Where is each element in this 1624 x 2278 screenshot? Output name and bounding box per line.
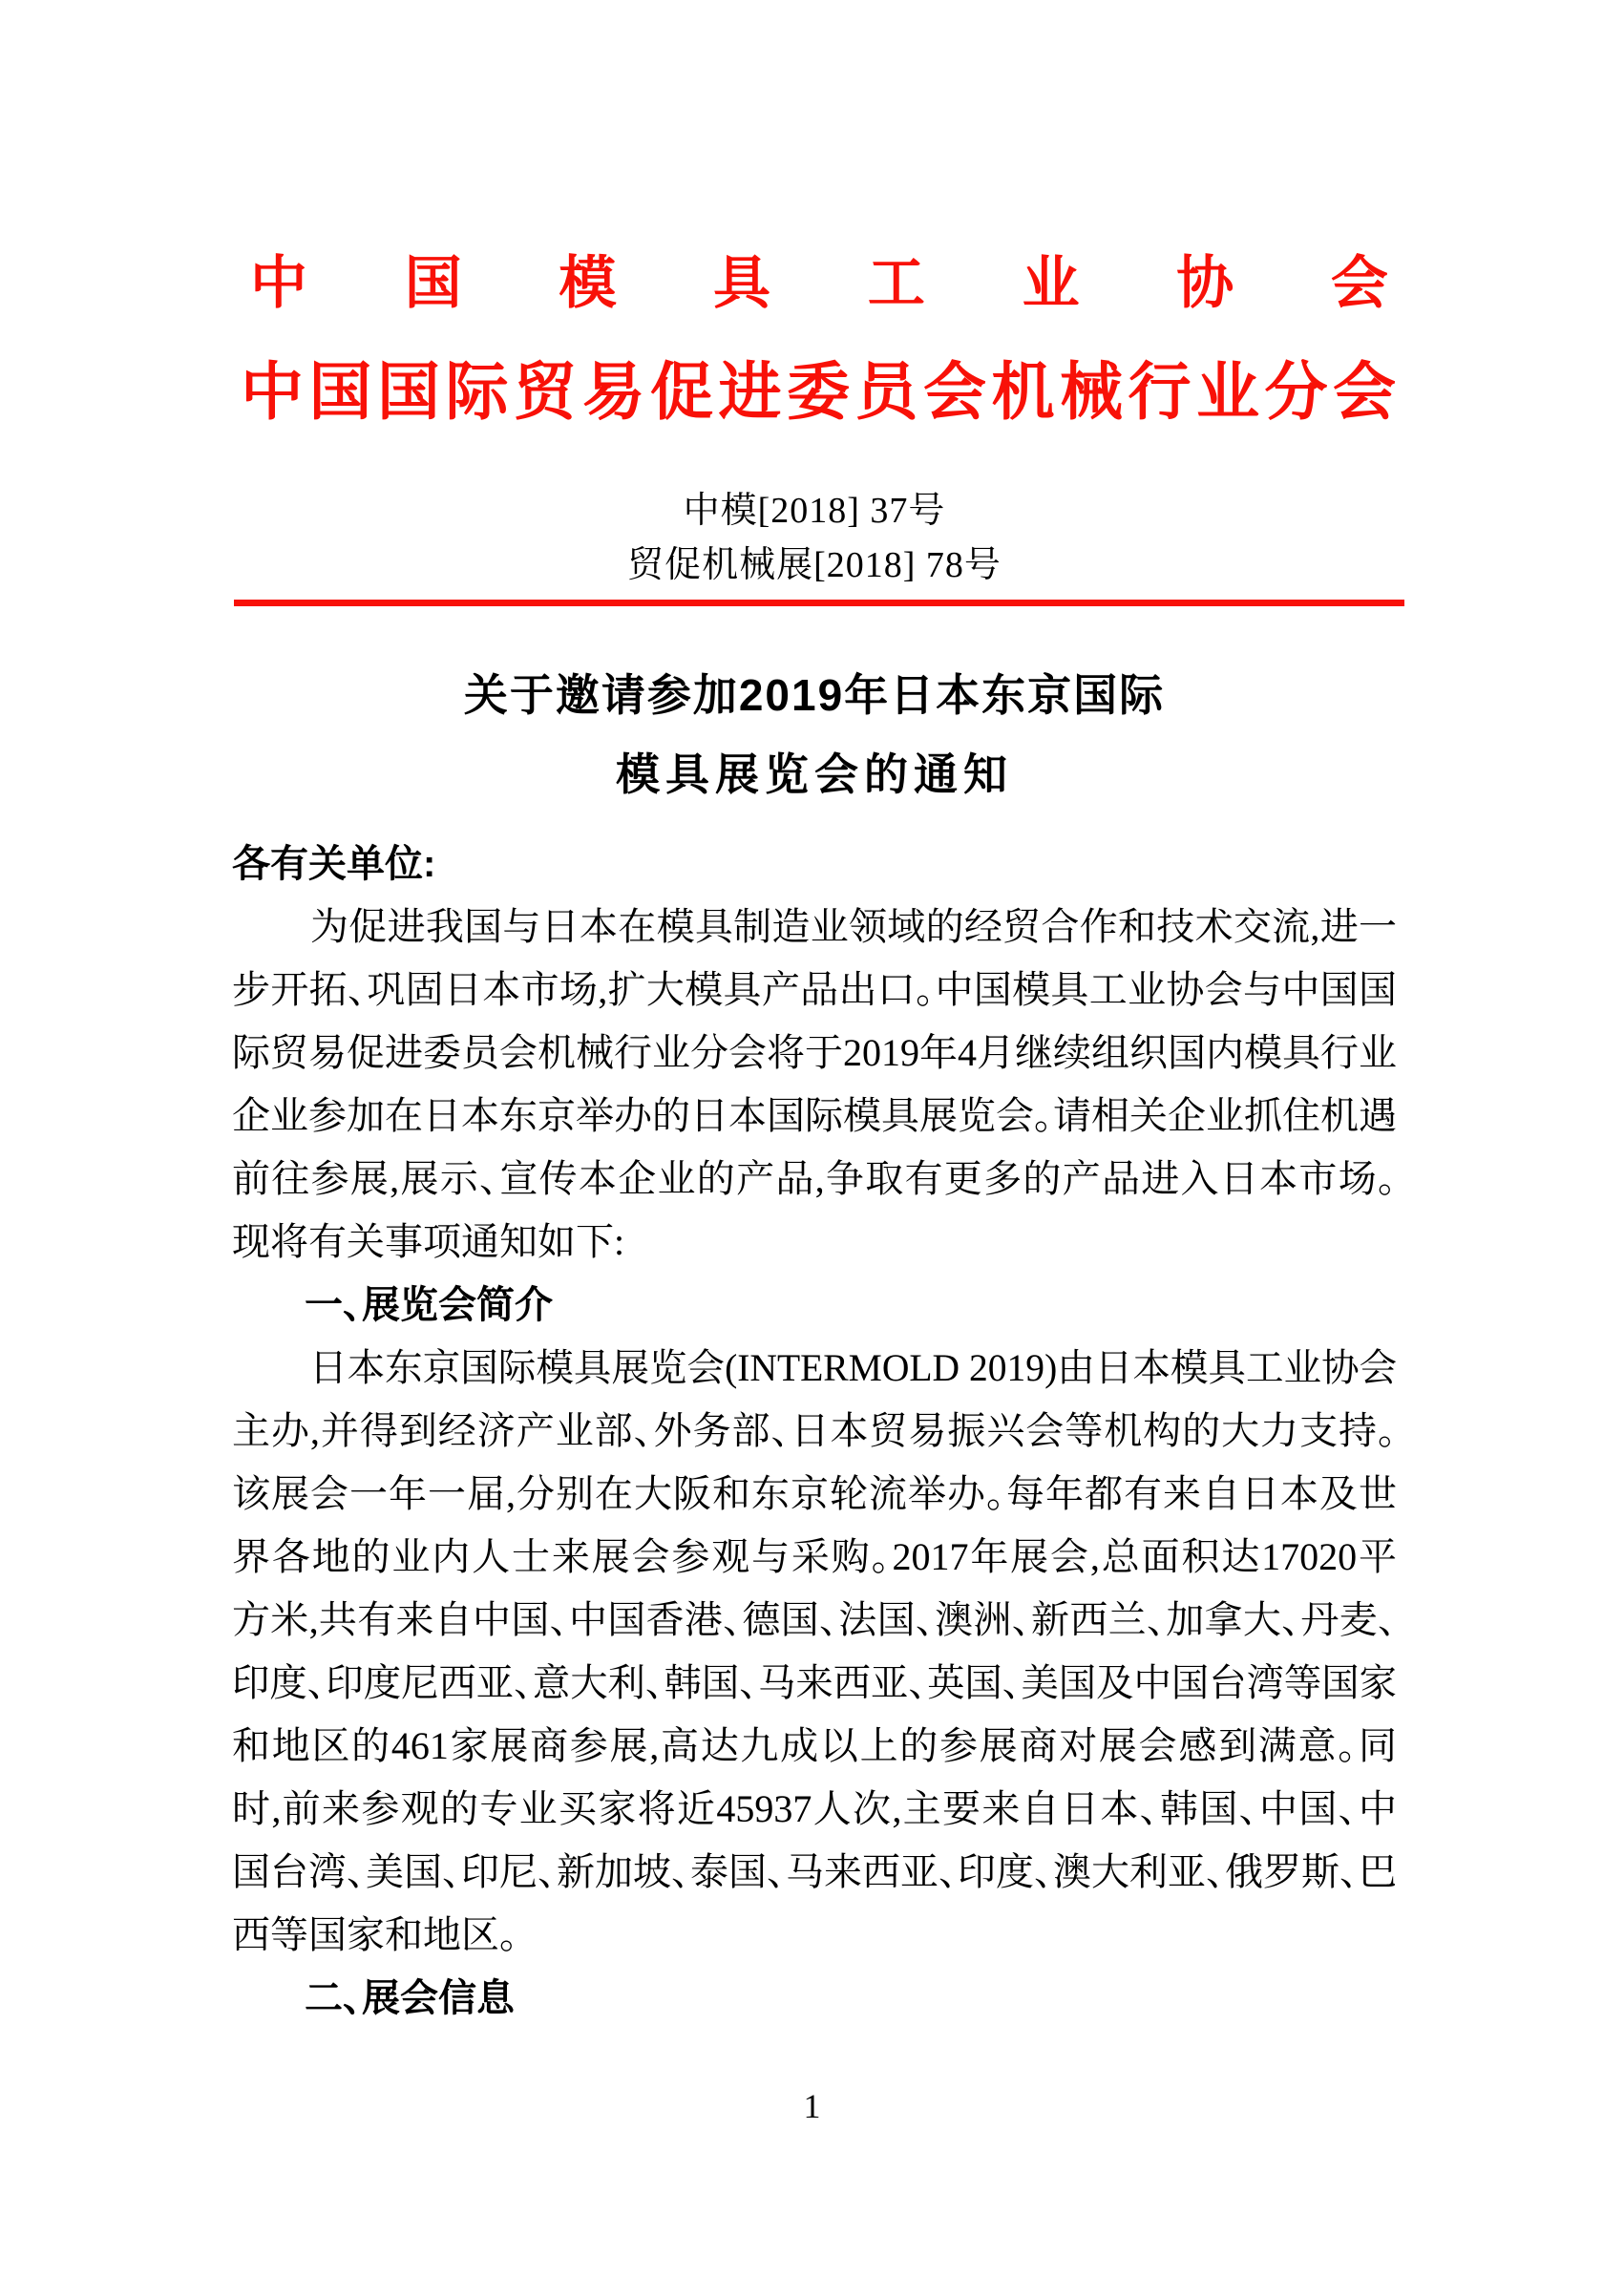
body-text-line: 方米,共有来自中国、中国香港、德国、法国、澳洲、新西兰、加拿大、丹麦、 [232,1589,1397,1652]
body-text-line: 和地区的461家展商参展,高达九成以上的参展商对展会感到满意。同 [232,1715,1397,1778]
body-text-line: 步开拓、巩固日本市场,扩大模具产品出口。中国模具工业协会与中国国 [232,959,1397,1022]
body-text-line: 为促进我国与日本在模具制造业领域的经贸合作和技术交流,进一 [232,896,1397,959]
letterhead-character: 贸 [514,359,577,428]
section-heading: 一、展览会简介 [232,1274,1397,1337]
letterhead-character: 分 [1265,359,1328,428]
letterhead-character: 进 [719,359,782,428]
letterhead-association-name: 中国模具工业协会 [250,254,1388,313]
scanned-notice-page: 中国模具工业协会 中国国际贸易促进委员会机械行业分会 中模[2018] 37号 … [0,0,1624,2278]
page-number: 1 [0,2087,1624,2125]
letterhead-character: 机 [992,359,1055,428]
letterhead-character: 中 [250,254,307,313]
salutation-label: 各有关单位: [232,833,1397,896]
letterhead-character: 具 [713,254,770,313]
body-text-line: 现将有关事项通知如下: [232,1211,1397,1274]
body-text-line: 西等国家和地区。 [232,1904,1397,1967]
letterhead-character: 模 [559,254,616,313]
notice-title-line2: 模具展览会的通知 [232,748,1397,801]
notice-title-line1: 关于邀请参加2019年日本东京国际 [232,668,1397,722]
body-text-line: 日本东京国际模具展览会(INTERMOLD 2019)由日本模具工业协会 [232,1337,1383,1400]
doc-number-maocu: 贸促机械展[2018] 78号 [232,543,1397,587]
section-heading: 二、展会信息 [232,1967,1397,2030]
body-text-line: 际贸易促进委员会机械行业分会将于2019年4月继续组织国内模具行业 [232,1022,1397,1085]
body-text-line: 印度、印度尼西亚、意大利、韩国、马来西亚、英国、美国及中国台湾等国家 [232,1652,1378,1715]
letterhead-character: 国 [377,359,440,428]
letterhead-character: 易 [582,359,645,428]
letterhead-character: 会 [1331,254,1388,313]
body-text-line: 前往参展,展示、宣传本企业的产品,争取有更多的产品进入日本市场。 [232,1148,1397,1211]
letterhead-character: 协 [1176,254,1234,313]
letterhead-character: 委 [787,359,850,428]
body-text-line: 企业参加在日本东京举办的日本国际模具展览会。请相关企业抓住机遇 [232,1085,1397,1148]
body-text-line: 时,前来参观的专业买家将近45937人次,主要来自日本、韩国、中国、中 [232,1778,1397,1841]
letterhead-character: 国 [309,359,372,428]
letterhead-divider-rule [234,600,1404,606]
letterhead-character: 员 [855,359,918,428]
letterhead-character: 业 [1023,254,1080,313]
body-text-line: 界各地的业内人士来展会参观与采购。2017年展会,总面积达17020平 [232,1526,1397,1589]
body-text-line: 该展会一年一届,分别在大阪和东京轮流举办。每年都有来自日本及世 [232,1463,1397,1526]
letterhead-character: 会 [923,359,986,428]
body-text-line: 国台湾、美国、印尼、新加坡、泰国、马来西亚、印度、澳大利亚、俄罗斯、巴 [232,1841,1397,1904]
letterhead-character: 业 [1196,359,1259,428]
letterhead-character: 行 [1128,359,1192,428]
letterhead-character: 促 [650,359,713,428]
letterhead-character: 工 [868,254,925,313]
letterhead-character: 中 [241,359,304,428]
notice-body: 各有关单位:为促进我国与日本在模具制造业领域的经贸合作和技术交流,进一步开拓、巩… [232,833,1397,2030]
doc-number-zhongmo: 中模[2018] 37号 [232,489,1397,533]
body-text-line: 主办,并得到经济产业部、外务部、日本贸易振兴会等机构的大力支持。 [232,1400,1397,1463]
letterhead-character: 际 [446,359,509,428]
letterhead-ccpit-branch-name: 中国国际贸易促进委员会机械行业分会 [241,359,1396,428]
letterhead-character: 械 [1060,359,1123,428]
letterhead-character: 会 [1333,359,1396,428]
letterhead-character: 国 [405,254,462,313]
